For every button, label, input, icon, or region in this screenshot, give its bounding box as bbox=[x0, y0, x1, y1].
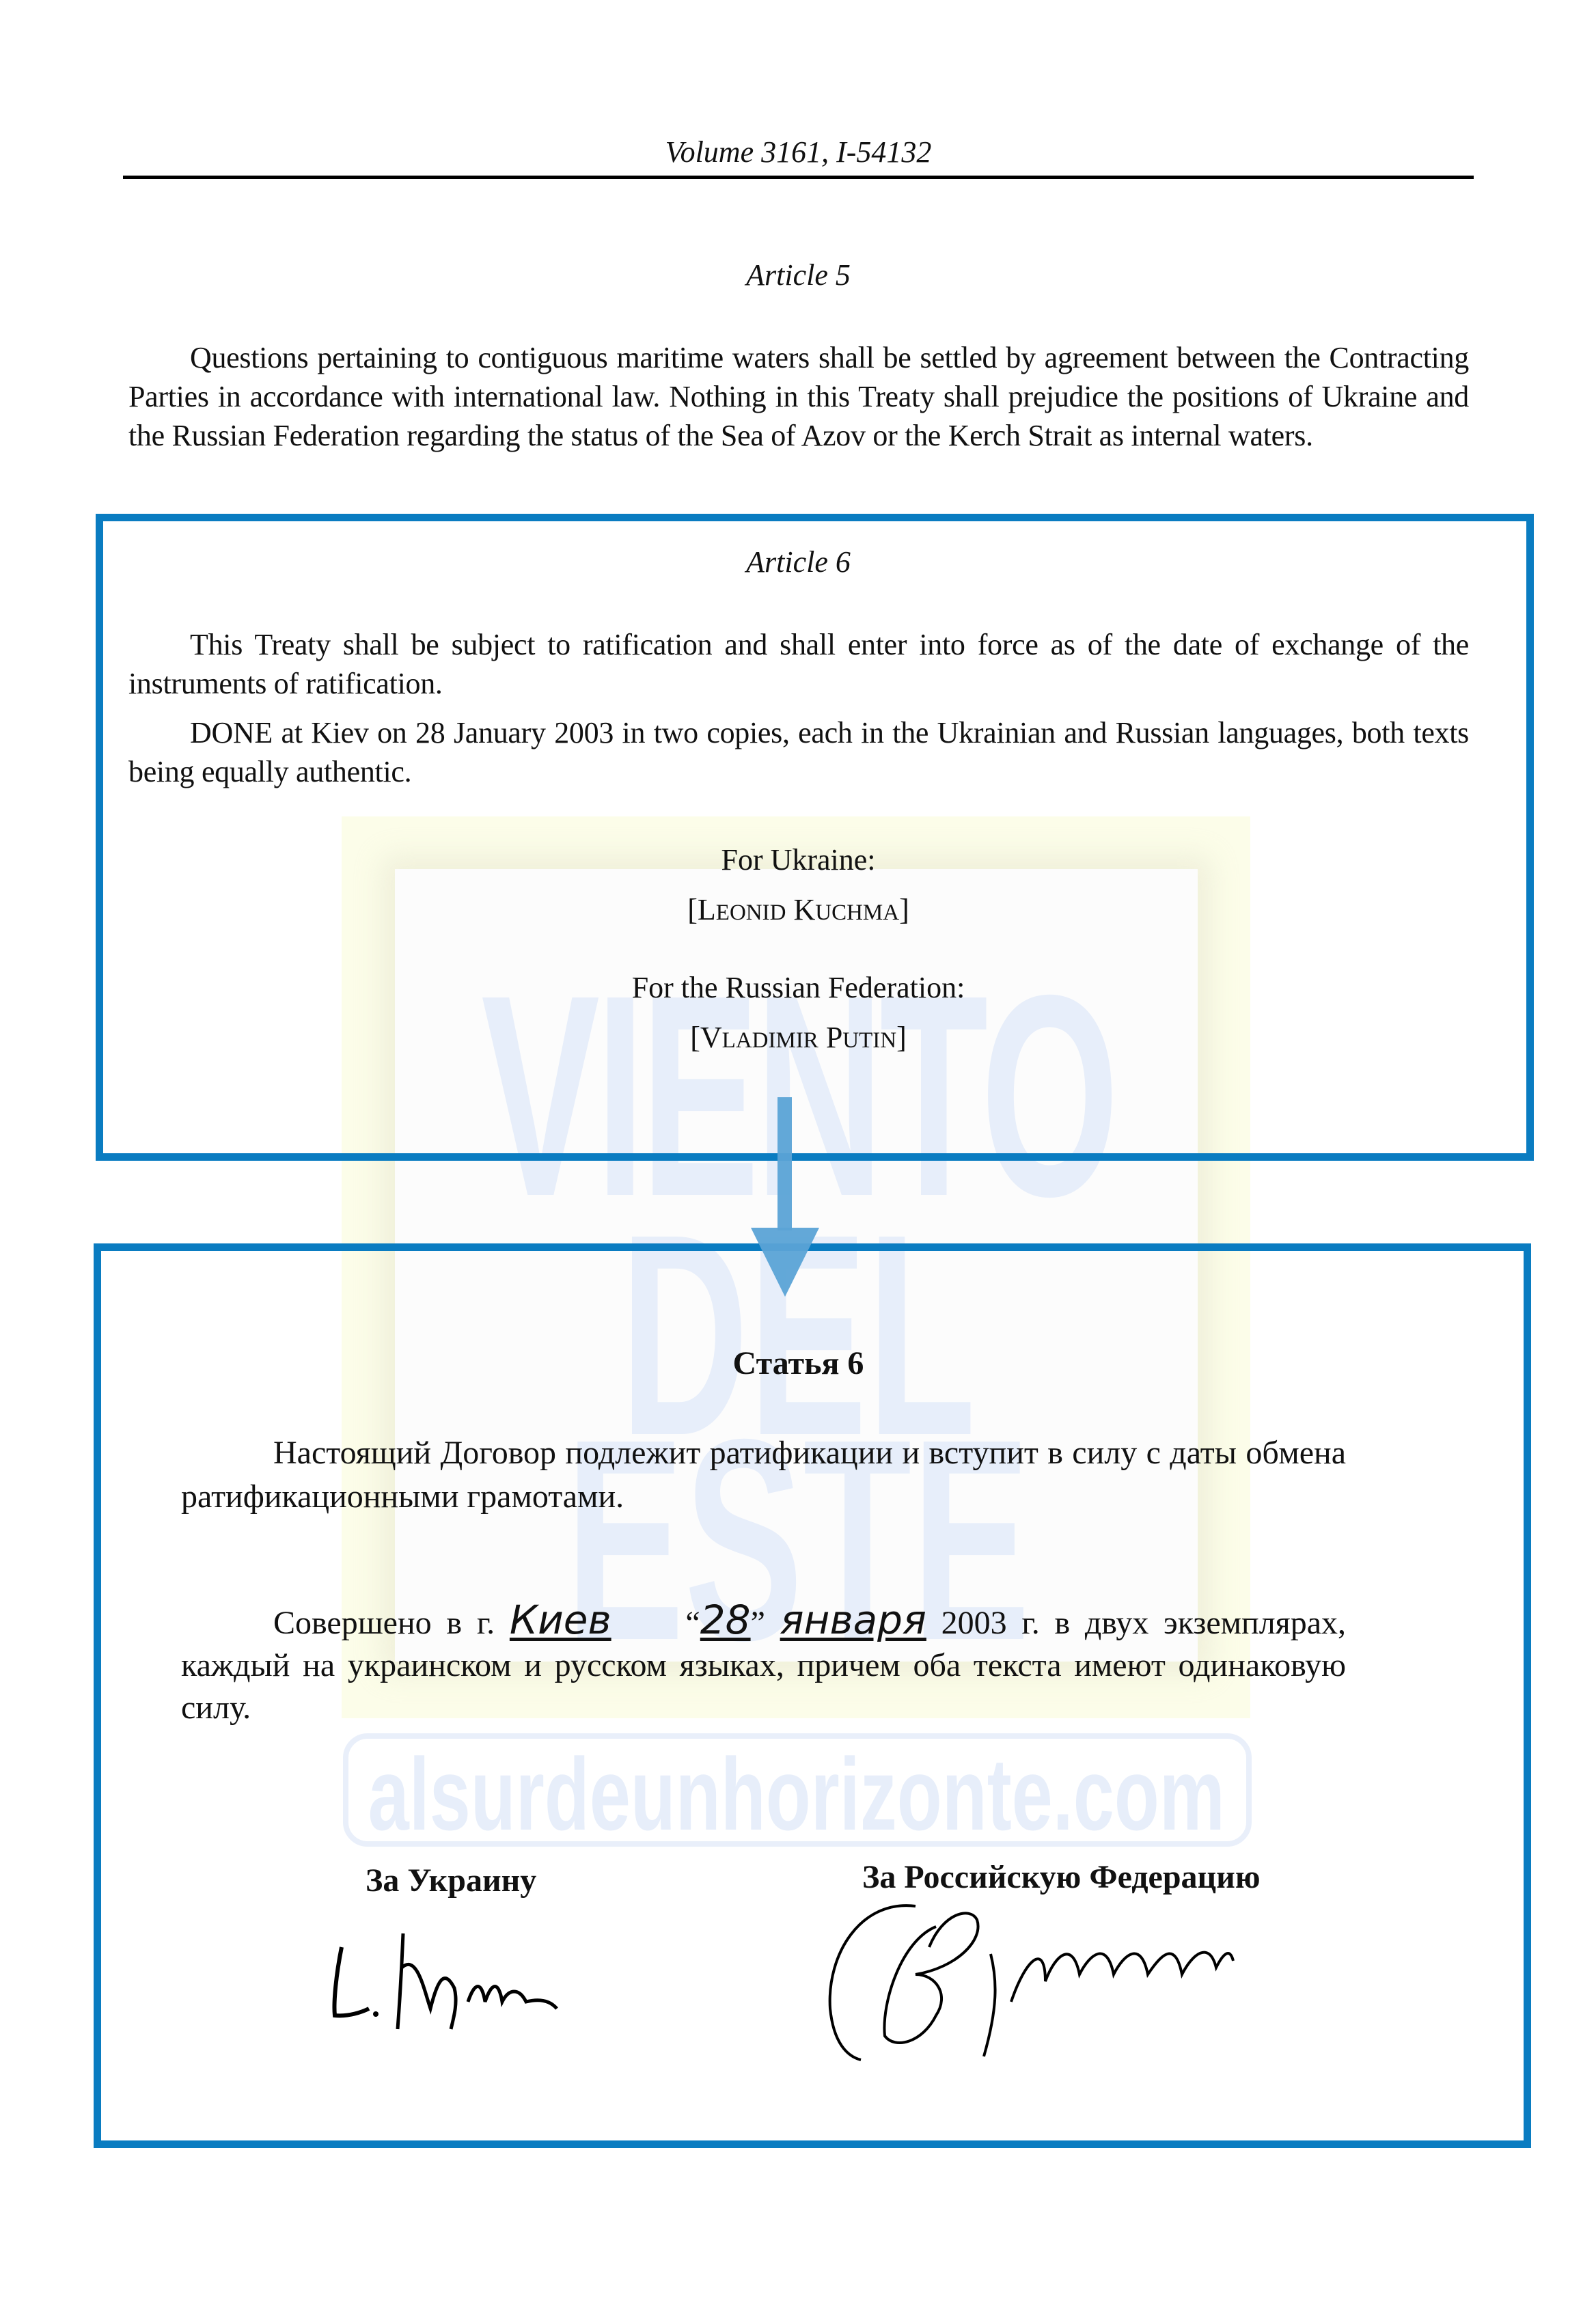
english-article-6-highlight-frame bbox=[96, 514, 1534, 1161]
article-5-text: Questions pertaining to contiguous marit… bbox=[128, 338, 1469, 455]
page-header: Volume 3161, I-54132 bbox=[123, 133, 1474, 179]
russian-article-6-highlight-frame bbox=[94, 1243, 1531, 2148]
running-head: Volume 3161, I-54132 bbox=[123, 133, 1474, 171]
header-rule bbox=[123, 176, 1474, 179]
arrow-down-icon bbox=[751, 1097, 819, 1297]
article-5-title: Article 5 bbox=[123, 258, 1474, 292]
